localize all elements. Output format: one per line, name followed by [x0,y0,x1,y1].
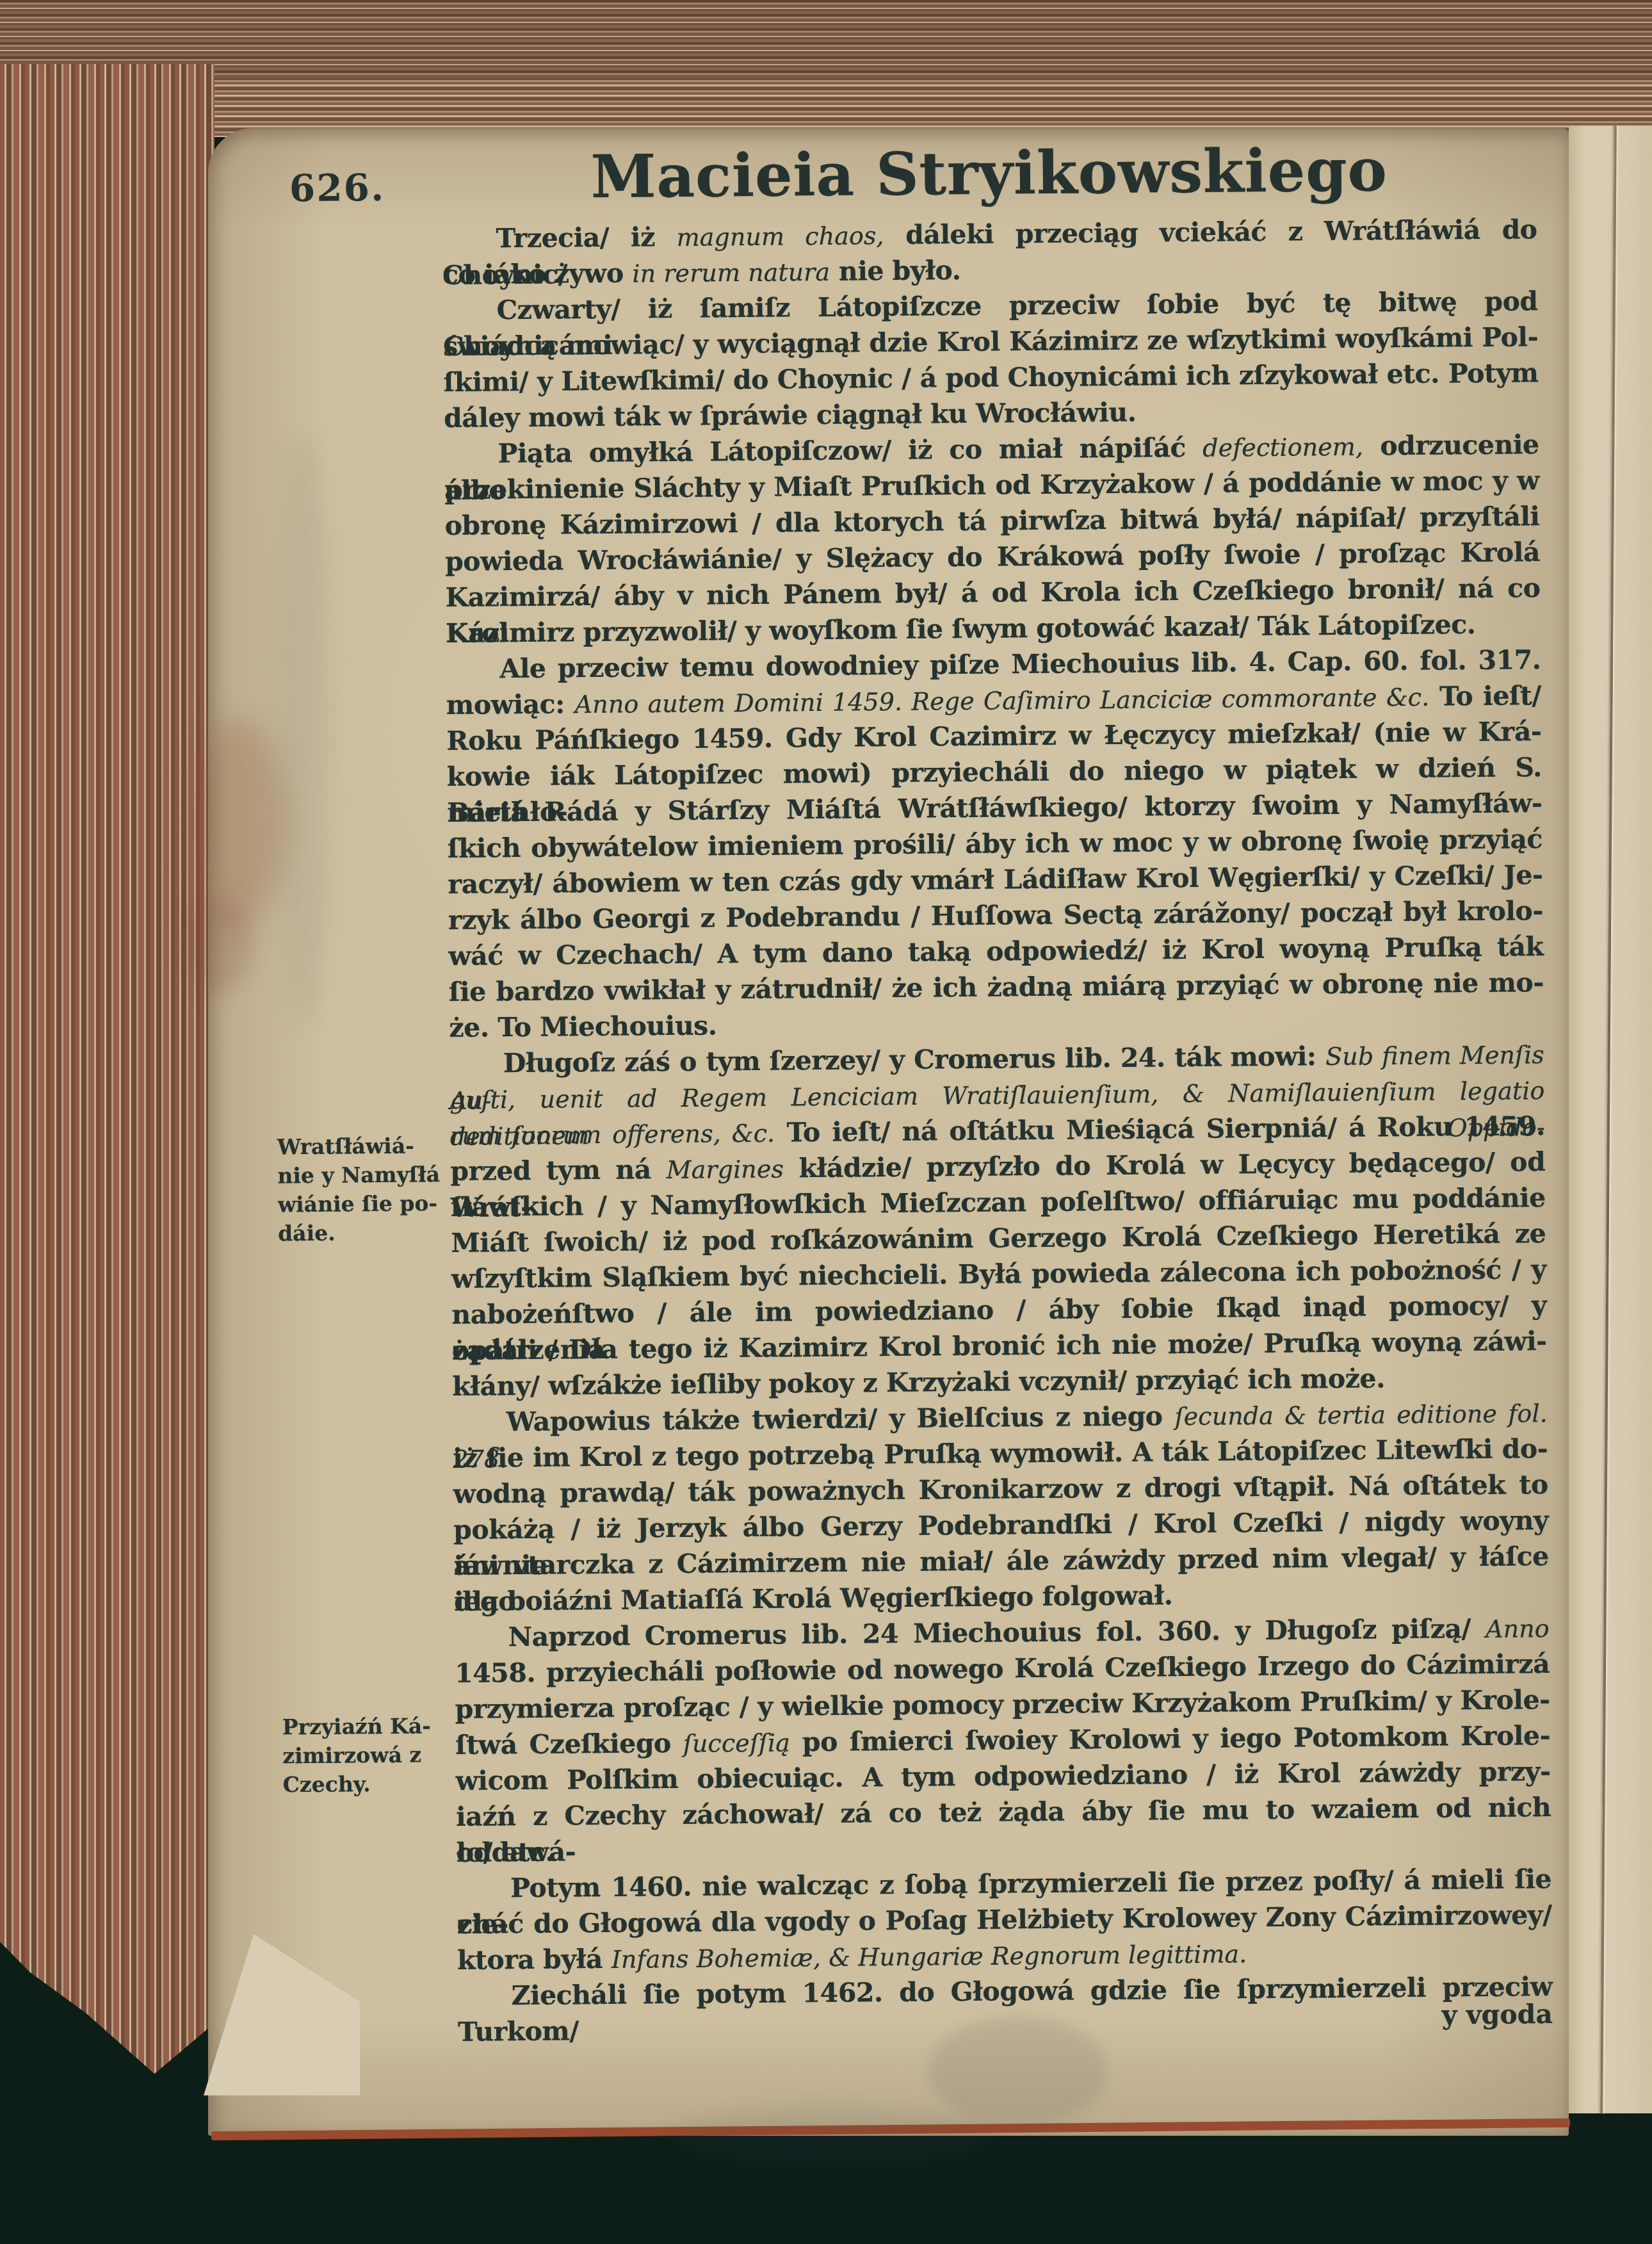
paragraph: Ale przeciw temu dowodniey piſze Miechou… [446,642,1544,1046]
page-content: 626. Macieia Stryikowskiego Trzecia/ iż … [0,0,1652,2244]
paragraph: Potym 1460. nie walcząc z ſobą ſprzymier… [457,1861,1552,1978]
page-number: 626. [289,166,385,210]
margin-note-line: zimirzowá z [282,1740,452,1770]
paragraph: Naprzod Cromerus lib. 24 Miechouius fol.… [454,1610,1551,1871]
margin-note-line: Przyiaźń Ká- [282,1711,452,1741]
paragraph: Czwarty/ iż ſamiſz Látopiſzcze przeciw ſ… [442,283,1539,436]
margin-note-line: dáie. [278,1217,448,1248]
margin-note-line: Czechy. [282,1769,452,1799]
margin-note-line: Wratſłáwiá- [277,1131,447,1161]
paragraph: Długoſz záś o tym ſzerzey/ y Cromerus li… [449,1036,1548,1404]
book-photo: 626. Macieia Stryikowskiego Trzecia/ iż … [0,0,1652,2244]
paragraph: Piąta omyłká Látopiſczow/ iż co miał náp… [444,427,1541,651]
margin-note-line: nie y Namyſłá [277,1160,447,1190]
text-block: Trzecia/ iż magnum chaos, dáleki przecią… [442,211,1552,2014]
margin-note: Przyiaźń Ká-zimirzowá zCzechy. [282,1711,453,1799]
paragraph: Wapowius tákże twierdzi/ y Bielſcius z n… [453,1395,1550,1620]
margin-note: Wratſłáwiá-nie y Namyſłáwiánie ſie po-dá… [277,1131,448,1248]
paragraph: Trzecia/ iż magnum chaos, dáleki przecią… [442,211,1537,293]
margin-note-line: wiánie ſie po- [278,1189,448,1219]
running-title: Macieia Stryikowskiego [441,134,1537,213]
